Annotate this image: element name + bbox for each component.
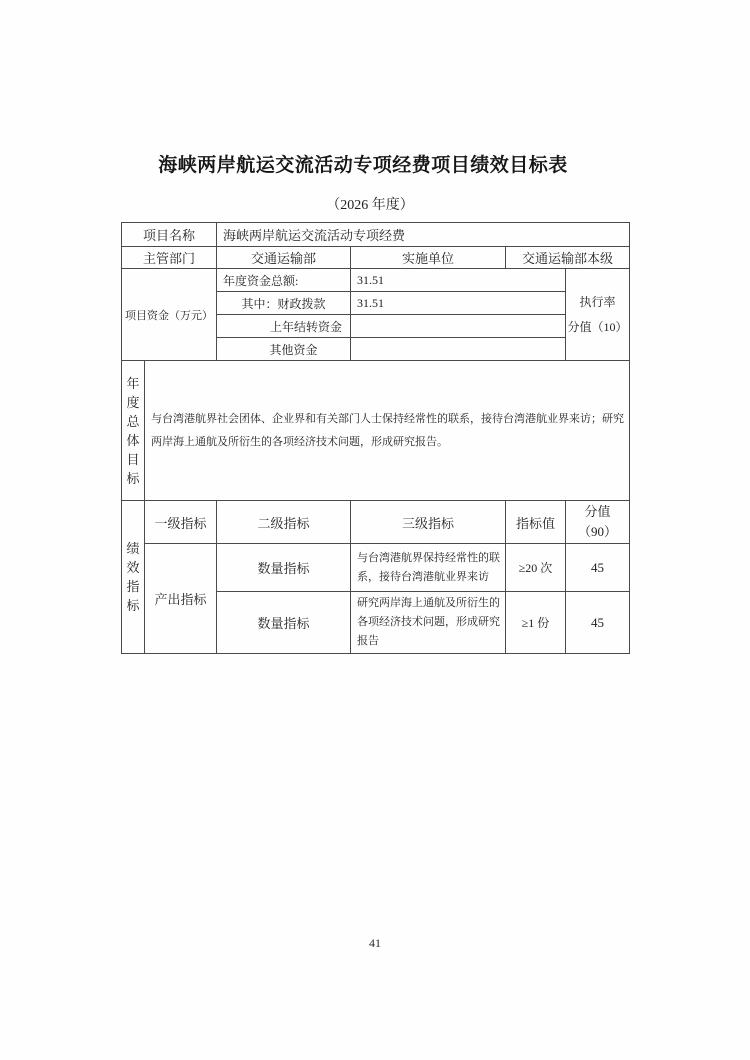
annual-goal-content: 与台湾港航界社会团体、企业界和有关部门人士保持经常性的联系，接待台湾港航业界来访… xyxy=(145,361,630,501)
execution-rate-note: 执行率 分值（10） xyxy=(566,269,630,361)
indicator-1-level2: 数量指标 xyxy=(217,544,351,592)
header-level1: 一级指标 xyxy=(145,501,217,544)
header-level3: 三级指标 xyxy=(351,501,506,544)
header-value: 指标值 xyxy=(506,501,566,544)
page-number: 41 xyxy=(0,936,750,951)
funding-total-value: 31.51 xyxy=(351,269,566,292)
indicator-1-level3: 与台湾港航界保持经常性的联 系，接待台湾港航业界来访 xyxy=(351,544,506,592)
indicator-2-value: ≥1 份 xyxy=(506,592,566,654)
indicator-1-score: 45 xyxy=(566,544,630,592)
indicator-2-score: 45 xyxy=(566,592,630,654)
funding-other-label: 其他资金 xyxy=(217,338,351,361)
indicator-2-level2: 数量指标 xyxy=(217,592,351,654)
funding-label: 项目资金（万元） xyxy=(122,269,217,361)
performance-target-table: 项目名称 海峡两岸航运交流活动专项经费 主管部门 交通运输部 实施单位 交通运输… xyxy=(121,222,630,654)
header-score: 分值 （90） xyxy=(566,501,630,544)
table-row: 年度总体目标 与台湾港航界社会团体、企业界和有关部门人士保持经常性的联系，接待台… xyxy=(122,361,630,501)
funding-total-label: 年度资金总额: xyxy=(217,269,351,292)
indicator-2-level3: 研究两岸海上通航及所衍生的 各项经济技术问题，形成研究 报告 xyxy=(351,592,506,654)
document-page: 海峡两岸航运交流活动专项经费项目绩效目标表 （2026 年度） 项目名称 海峡两… xyxy=(0,0,750,1060)
funding-fiscal-value: 31.51 xyxy=(351,292,566,315)
funding-carryover-label: 上年结转资金 xyxy=(217,315,351,338)
annual-goal-label: 年度总体目标 xyxy=(122,361,145,501)
table-row: 绩效指标 一级指标 二级指标 三级指标 指标值 分值 （90） xyxy=(122,501,630,544)
indicator-group-label: 产出指标 xyxy=(145,544,217,654)
implementing-unit-value: 交通运输部本级 xyxy=(506,247,630,269)
table-row: 项目名称 海峡两岸航运交流活动专项经费 xyxy=(122,223,630,247)
table-row: 产出指标 数量指标 与台湾港航界保持经常性的联 系，接待台湾港航业界来访 ≥20… xyxy=(122,544,630,592)
page-title: 海峡两岸航运交流活动专项经费项目绩效目标表 xyxy=(0,150,726,177)
indicators-label: 绩效指标 xyxy=(122,501,145,654)
annual-goal-label-text: 年度总体目标 xyxy=(126,374,140,488)
funding-other-value xyxy=(351,338,566,361)
funding-fiscal-label: 其中：财政拨款 xyxy=(217,292,351,315)
indicator-1-value: ≥20 次 xyxy=(506,544,566,592)
project-name-value: 海峡两岸航运交流活动专项经费 xyxy=(217,223,630,247)
project-name-label: 项目名称 xyxy=(122,223,217,247)
funding-carryover-value xyxy=(351,315,566,338)
table-row: 主管部门 交通运输部 实施单位 交通运输部本级 xyxy=(122,247,630,269)
indicators-label-text: 绩效指标 xyxy=(126,539,140,615)
department-value: 交通运输部 xyxy=(217,247,351,269)
page-subtitle: （2026 年度） xyxy=(0,194,740,214)
department-label: 主管部门 xyxy=(122,247,217,269)
implementing-unit-label: 实施单位 xyxy=(351,247,506,269)
header-level2: 二级指标 xyxy=(217,501,351,544)
table-row: 项目资金（万元） 年度资金总额: 31.51 执行率 分值（10） xyxy=(122,269,630,292)
